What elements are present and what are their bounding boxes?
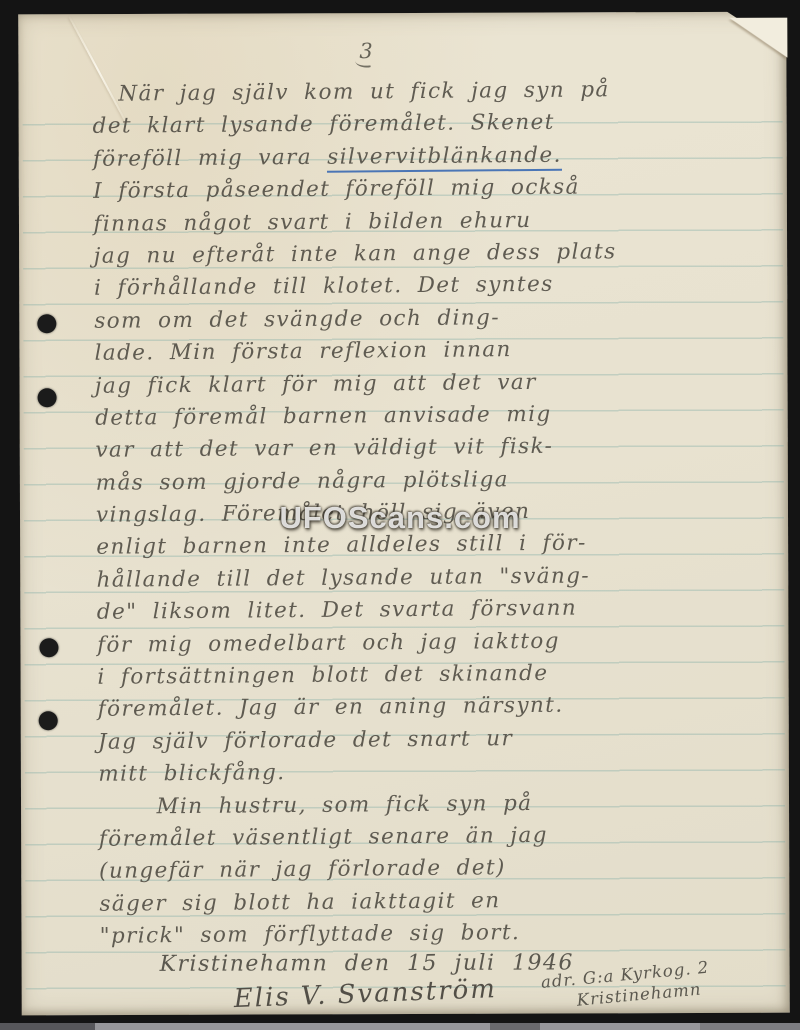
folded-corner-flap [729, 18, 787, 58]
handwriting-text: föreföll mig vara [93, 145, 328, 172]
punch-hole [38, 388, 57, 407]
letter-body: När jag själv kom ut fick jag syn pådet … [92, 73, 760, 953]
closing-place-date: Kristinehamn den 15 juli 1946 [160, 950, 575, 976]
handwriting-line: "prick" som förflyttade sig bort. [100, 915, 760, 953]
page-number: 3 [359, 39, 372, 68]
page-number-underline [355, 58, 371, 69]
letter-page: 3 När jag själv kom ut fick jag syn påde… [18, 12, 789, 1016]
punch-hole [39, 711, 58, 730]
signature: Elis V. Svanström [233, 974, 497, 1014]
punch-hole [37, 314, 56, 333]
punch-hole [39, 638, 58, 657]
blue-underlined-phrase: silvervitblänkande. [327, 143, 562, 173]
scanner-edge-strip [0, 1023, 800, 1030]
